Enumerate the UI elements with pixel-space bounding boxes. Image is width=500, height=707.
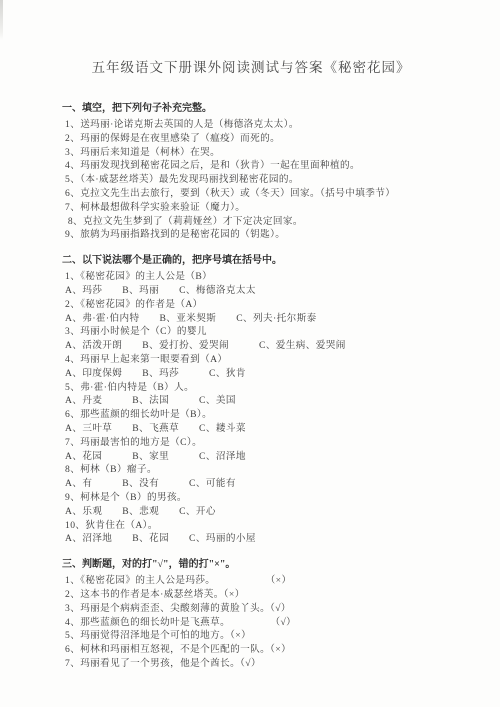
question-line: 6、克拉文先生出去旅行，要到（秋天）或（冬天）回家。（括号中填季节） <box>65 187 440 201</box>
question-line: 5、玛丽觉得沼泽地是个可怕的地方。（×） <box>65 629 440 643</box>
question-line: 9、旅鸫为玛丽指路找到的是秘密花园的（钥匙）。 <box>65 228 440 242</box>
question-line: 1、送玛丽·论诺克斯去英国的人是（梅德洛克太太）。 <box>65 118 440 132</box>
question-line: 2、《秘密花园》的作者是（A） <box>65 298 440 312</box>
section-fill-in-blanks: 一、填空，把下列句子补充完整。 1、送玛丽·论诺克斯去英国的人是（梅德洛克太太）… <box>62 102 440 242</box>
question-line: A、沼泽地 B、花园 C、玛丽的小屋 <box>65 532 440 546</box>
section-heading-multiple-choice: 二、以下说法哪个是正确的，把序号填在括号中。 <box>62 254 440 268</box>
question-line: 1、《秘密花园》的主人公是玛莎。 （×） <box>65 574 440 588</box>
section-lines-true-false: 1、《秘密花园》的主人公是玛莎。 （×）2、这本书的作者是本·威瑟丝塔芙。（×）… <box>62 574 440 671</box>
question-line: A、活泼开朗 B、爱打扮、爱哭闹 C、爱生病、爱哭闹 <box>65 339 440 353</box>
scan-edge-artifact <box>0 0 3 40</box>
question-line: 1、《秘密花园》的主人公是（B） <box>65 270 440 284</box>
section-heading-true-false: 三、判断题，对的打"√"，错的打"×"。 <box>62 558 440 572</box>
question-line: A、有 B、没有 C、可能有 <box>65 477 440 491</box>
question-line: 5、（本·威瑟丝塔芙）最先发现玛丽找到秘密花园的。 <box>65 173 440 187</box>
question-line: 6、那些蓝颜的细长幼叶是（B）。 <box>65 408 440 422</box>
question-line: A、弗·霍·伯内特 B、亚米契斯 C、列夫·托尔斯泰 <box>65 312 440 326</box>
question-line: A、印度保姆 B、玛莎 C、狄肯 <box>65 367 440 381</box>
question-line: 4、玛丽发现找到秘密花园之后，是和（狄肯）一起在里面种植的。 <box>65 159 440 173</box>
section-lines-fill-in-blanks: 1、送玛丽·论诺克斯去英国的人是（梅德洛克太太）。2、玛丽的保姆是在夜里感染了（… <box>62 118 440 242</box>
question-line: 6、柯林和玛丽相互怒视，不是个匹配的一队。（×） <box>65 643 440 657</box>
section-lines-multiple-choice: 1、《秘密花园》的主人公是（B）A、玛莎 B、玛丽 C、梅德洛克太太2、《秘密花… <box>62 270 440 546</box>
question-line: 9、柯林是个（B）的男孩。 <box>65 491 440 505</box>
question-line: A、乐观 B、悲观 C、开心 <box>65 505 440 519</box>
question-line: 4、玛丽早上起来第一眼要看到（A） <box>65 353 440 367</box>
question-line: 10、狄肯住在（A）。 <box>65 519 440 533</box>
section-multiple-choice: 二、以下说法哪个是正确的，把序号填在括号中。 1、《秘密花园》的主人公是（B）A… <box>62 254 440 546</box>
question-line: 3、玛丽是个病病歪歪、尖酸刻薄的黄脸丫头。（√） <box>65 602 440 616</box>
question-line: A、玛莎 B、玛丽 C、梅德洛克太太 <box>65 284 440 298</box>
question-line: 7、玛丽最害怕的地方是（C）。 <box>65 436 440 450</box>
document-title: 五年级语文下册课外阅读测试与答案《秘密花园》 <box>62 56 440 76</box>
question-line: 4、那些蓝颜色的细长幼叶是飞燕草。 （√） <box>65 616 440 630</box>
question-line: 3、玛丽小时候是个（C）的婴儿 <box>65 325 440 339</box>
question-line: 3、玛丽后来知道是（柯林）在哭。 <box>65 146 440 160</box>
section-heading-fill-in-blanks: 一、填空，把下列句子补充完整。 <box>62 102 440 116</box>
section-true-false: 三、判断题，对的打"√"，错的打"×"。 1、《秘密花园》的主人公是玛莎。 （×… <box>62 558 440 671</box>
question-line: 7、柯林最想做科学实验来验证（魔力）。 <box>65 201 440 215</box>
question-line: 8、克拉文先生梦到了（莉莉娅丝）才下定决定回家。 <box>65 215 440 229</box>
document-page: 五年级语文下册课外阅读测试与答案《秘密花园》 一、填空，把下列句子补充完整。 1… <box>0 0 500 707</box>
question-line: A、花园 B、家里 C、沼泽地 <box>65 450 440 464</box>
question-line: 7、玛丽看见了一个男孩，他是个酋长。（√） <box>65 657 440 671</box>
question-line: A、三叶草 B、飞燕草 C、耧斗菜 <box>65 422 440 436</box>
question-line: 2、这本书的作者是本·威瑟丝塔芙。（×） <box>65 588 440 602</box>
question-line: 2、玛丽的保姆是在夜里感染了（瘟疫）而死的。 <box>65 132 440 146</box>
question-line: 8、柯林（B）瘤子。 <box>65 463 440 477</box>
question-line: 5、弗·霍·伯内特是（B）人。 <box>65 381 440 395</box>
question-line: A、丹麦 B、法国 C、美国 <box>65 394 440 408</box>
